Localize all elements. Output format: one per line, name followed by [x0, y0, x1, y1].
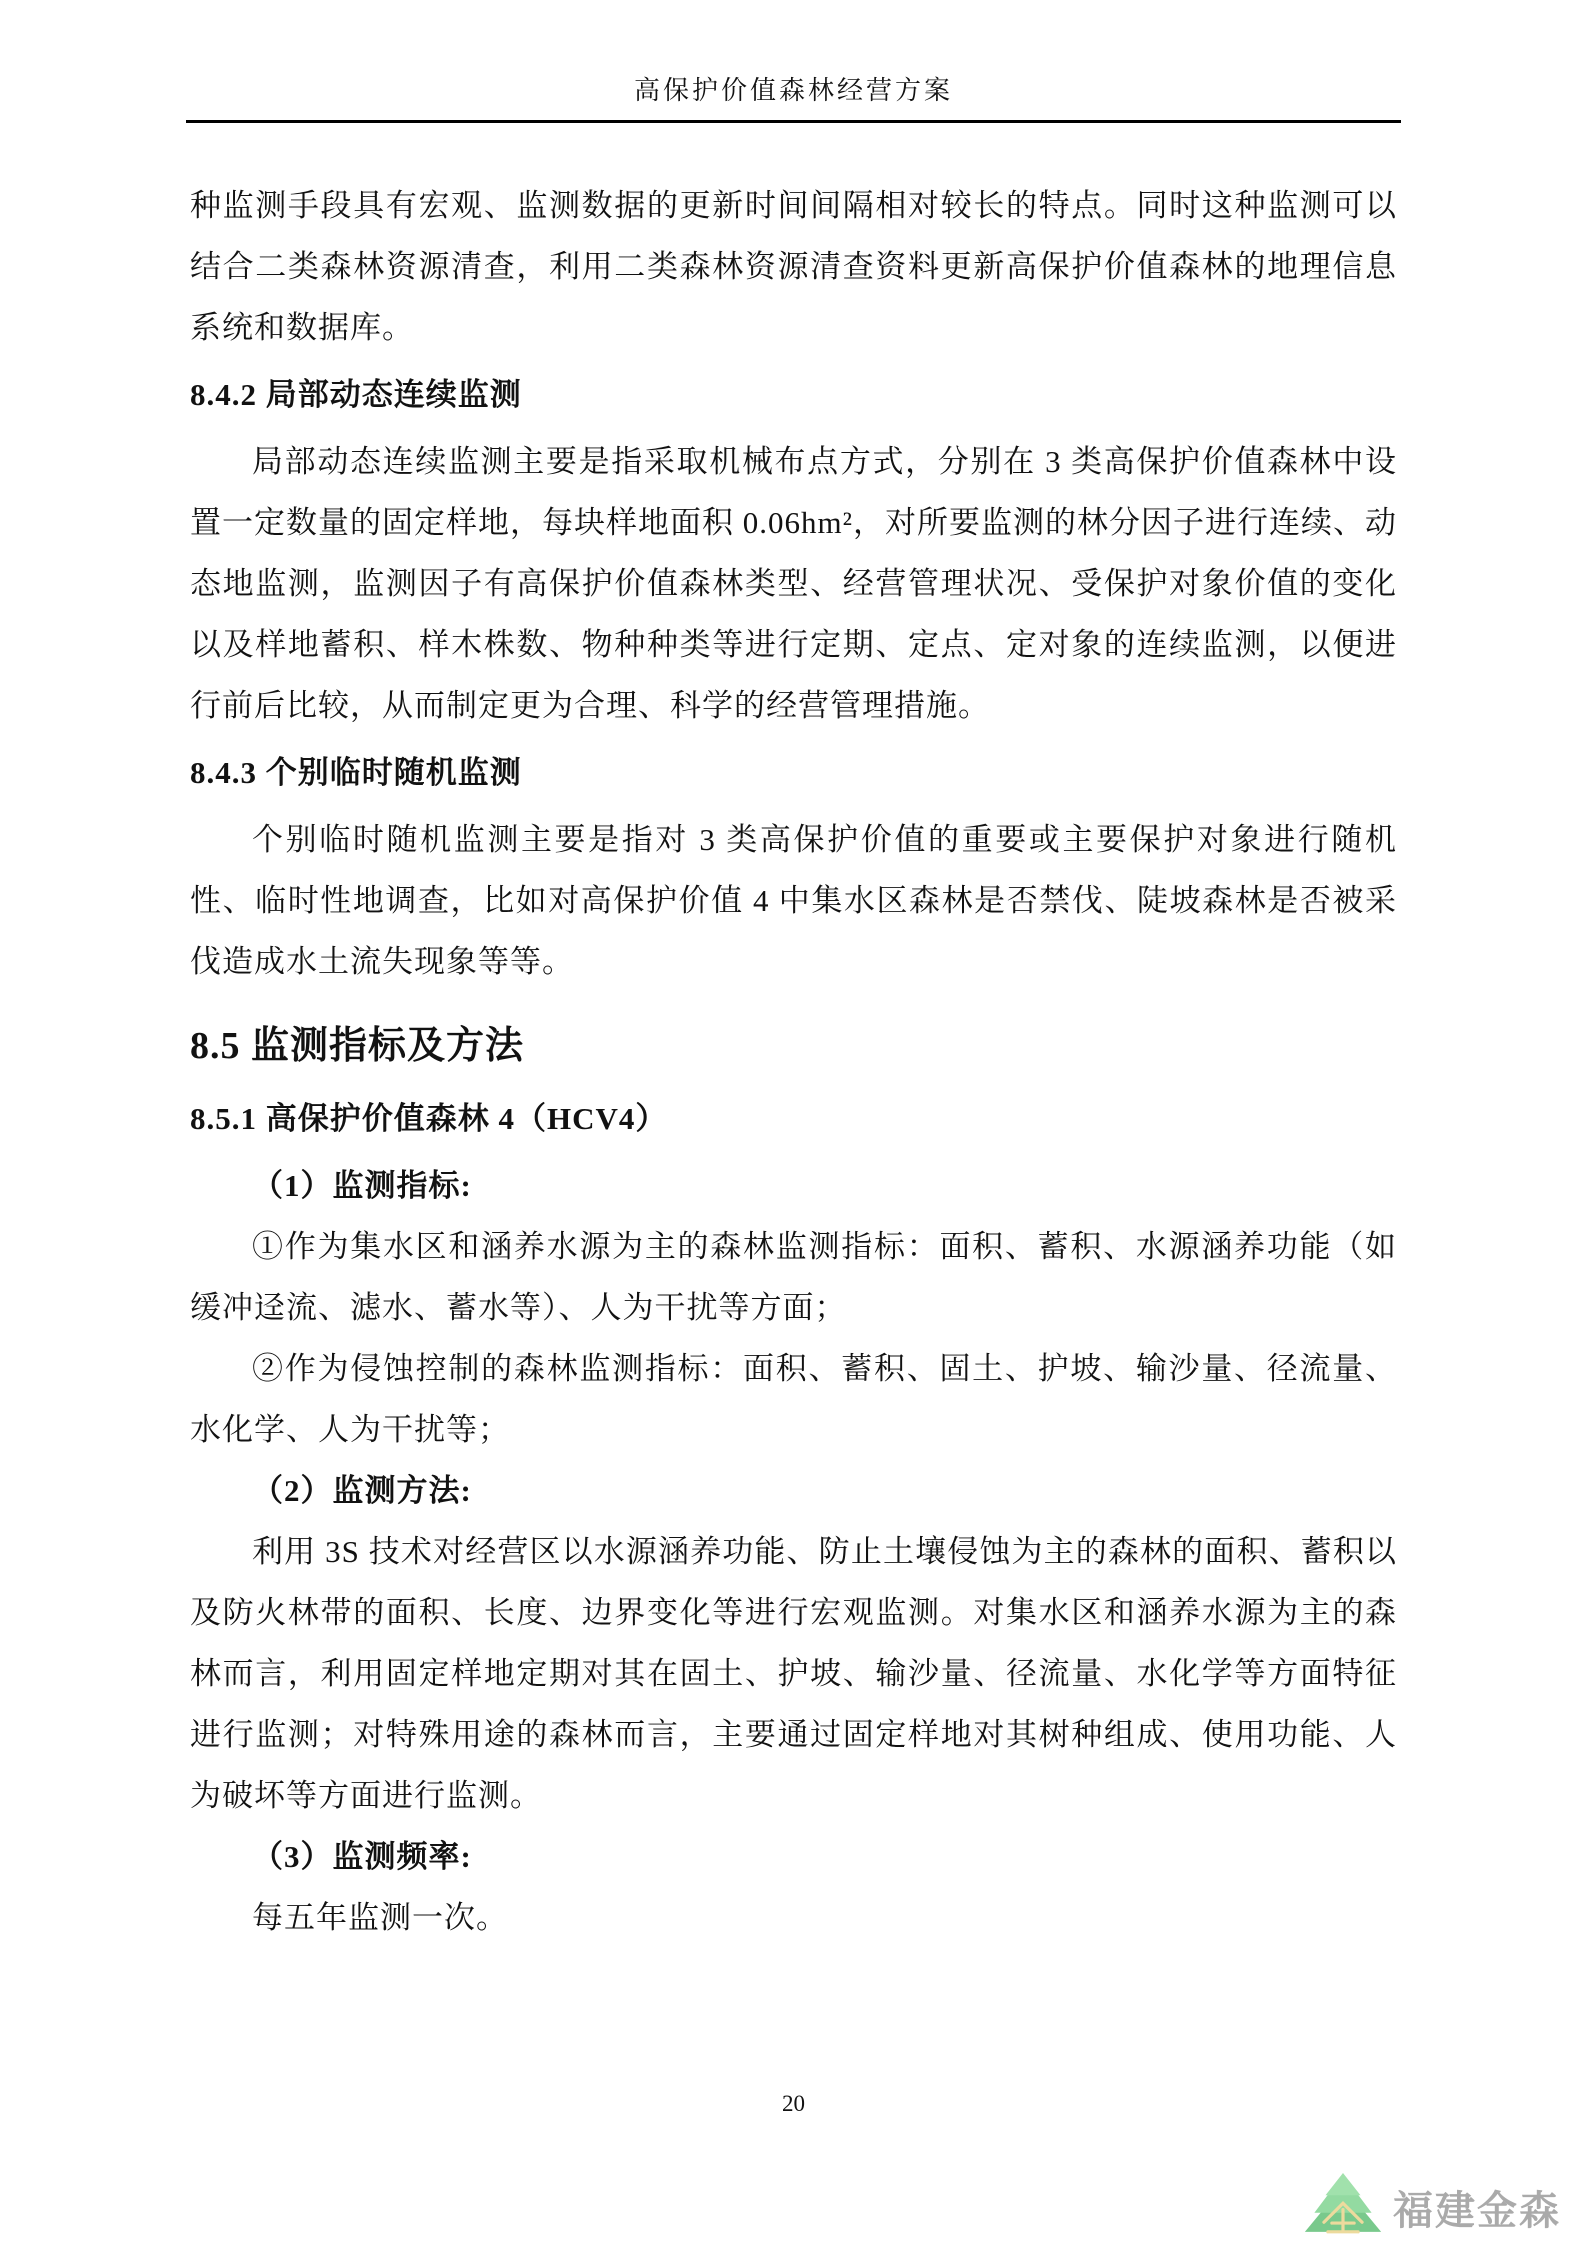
pine-tree-icon	[1301, 2173, 1385, 2235]
document-body: 种监测手段具有宏观、监测数据的更新时间间隔相对较长的特点。同时这种监测可以结合二…	[190, 175, 1397, 1948]
header-rule	[186, 120, 1401, 123]
page-number: 20	[0, 2091, 1587, 2117]
paragraph-indicator-item-2: ②作为侵蚀控制的森林监测指标：面积、蓄积、固土、护坡、输沙量、径流量、水化学、人…	[190, 1338, 1397, 1460]
heading-8-5-1: 8.5.1 高保护价值森林 4（HCV4）	[190, 1088, 1397, 1149]
subheading-monitoring-frequency: （3）监测频率:	[190, 1826, 1397, 1887]
heading-8-4-2: 8.4.2 局部动态连续监测	[190, 364, 1397, 425]
paragraph-frequency-body: 每五年监测一次。	[190, 1887, 1397, 1948]
paragraph-indicator-item-1: ①作为集水区和涵养水源为主的森林监测指标：面积、蓄积、水源涵养功能（如缓冲迳流、…	[190, 1216, 1397, 1338]
paragraph-8-4-3-body: 个别临时随机监测主要是指对 3 类高保护价值的重要或主要保护对象进行随机性、临时…	[190, 809, 1397, 992]
paragraph-macro-monitoring-continuation: 种监测手段具有宏观、监测数据的更新时间间隔相对较长的特点。同时这种监测可以结合二…	[190, 175, 1397, 358]
company-logo-text: 福建金森	[1393, 2191, 1561, 2235]
header-title: 高保护价值森林经营方案	[0, 0, 1587, 108]
subheading-monitoring-method: （2）监测方法:	[190, 1460, 1397, 1521]
company-logo: 福建金森	[1301, 2173, 1561, 2235]
heading-8-5: 8.5 监测指标及方法	[190, 1020, 1397, 1072]
heading-8-4-3: 8.4.3 个别临时随机监测	[190, 742, 1397, 803]
paragraph-method-body: 利用 3S 技术对经营区以水源涵养功能、防止土壤侵蚀为主的森林的面积、蓄积以及防…	[190, 1521, 1397, 1826]
document-page: 高保护价值森林经营方案 种监测手段具有宏观、监测数据的更新时间间隔相对较长的特点…	[0, 0, 1587, 2245]
subheading-monitoring-indicators: （1）监测指标:	[190, 1155, 1397, 1216]
paragraph-8-4-2-body: 局部动态连续监测主要是指采取机械布点方式，分别在 3 类高保护价值森林中设置一定…	[190, 431, 1397, 736]
